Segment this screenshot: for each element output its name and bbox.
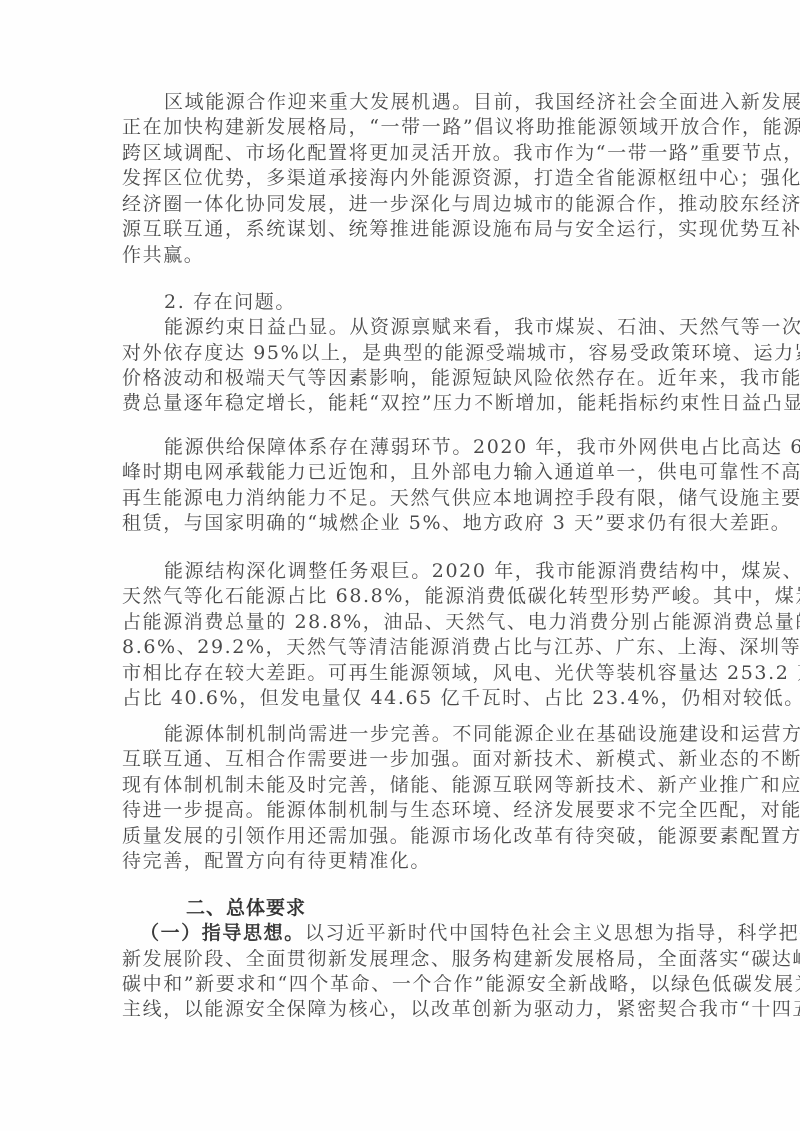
document-page: 区域能源合作迎来重大发展机遇。目前，我国经济社会全面进入新发展阶段， 正在加快构… [0,0,800,1131]
text-line: 对外依存度达 95%以上，是典型的能源受端城市，容易受政策环境、运力紧张、 [122,341,682,366]
text-line: 碳中和”新要求和“四个革命、一个合作”能源安全新战略，以绿色低碳发展为 [122,972,682,997]
text-line: 区域能源合作迎来重大发展机遇。目前，我国经济社会全面进入新发展阶段， [164,90,682,115]
text-line: 占比 40.6%，但发电量仅 44.65 亿千瓦时、占比 23.4%，仍相对较低… [122,686,682,711]
text-line: 待进一步提高。能源体制机制与生态环境、经济发展要求不完全匹配，对能源高 [122,798,682,823]
guiding-ideology-label: （一）指导思想。 [140,922,305,944]
text-line: 源互联互通，系统谋划、统筹推进能源设施布局与安全运行，实现优势互补、合 [122,217,682,242]
text-line: 市相比存在较大差距。可再生能源领域，风电、光伏等装机容量达 253.2 万千瓦、 [122,661,682,686]
text-line: 经济圈一体化协同发展，进一步深化与周边城市的能源合作，推动胶东经济圈能 [122,192,682,217]
text-line: 天然气等化石能源占比 68.8%，能源消费低碳化转型形势严峻。其中，煤炭消费 [122,584,682,609]
text-line: 峰时期电网承载能力已近饱和，且外部电力输入通道单一，供电可靠性不高，可 [122,460,682,485]
text-line: 费总量逐年稳定增长，能耗“双控”压力不断增加，能耗指标约束性日益凸显。 [122,391,682,416]
text-line: 占能源消费总量的 28.8%，油品、天然气、电力消费分别占能源消费总量的 31.… [122,610,682,635]
text-line: 租赁，与国家明确的“城燃企业 5%、地方政府 3 天”要求仍有很大差距。 [122,511,682,536]
section-heading-general-requirements: 二、总体要求 [186,896,306,921]
text-line: 作共赢。 [122,243,682,268]
text-line: 能源结构深化调整任务艰巨。2020 年，我市能源消费结构中，煤炭、油品、 [164,559,682,584]
text-line: 新发展阶段、全面贯彻新发展理念、服务构建新发展格局，全面落实“碳达峰、 [122,947,682,972]
text-line: 互联互通、互相合作需要进一步加强。面对新技术、新模式、新业态的不断涌现， [122,747,682,772]
text-line: 能源约束日益凸显。从资源禀赋来看，我市煤炭、石油、天然气等一次能源 [164,315,682,340]
text-line: 待完善，配置方向有待更精准化。 [122,849,682,874]
text-line: 跨区域调配、市场化配置将更加灵活开放。我市作为“一带一路”重要节点，可 [122,141,682,166]
text-line: 再生能源电力消纳能力不足。天然气供应本地调控手段有限，储气设施主要依靠 [122,486,682,511]
text-line: 正在加快构建新发展格局，“一带一路”倡议将助推能源领域开放合作，能源的 [122,115,682,140]
text-line: 能源体制机制尚需进一步完善。不同能源企业在基础设施建设和运营方面的 [164,722,682,747]
text-line: 价格波动和极端天气等因素影响，能源短缺风险依然存在。近年来，我市能源消 [122,366,682,391]
text-line: 发挥区位优势，多渠道承接海内外能源资源，打造全省能源枢纽中心；强化胶东 [122,166,682,191]
text-line: 质量发展的引领作用还需加强。能源市场化改革有待突破，能源要素配置方式有 [122,824,682,849]
text-line: 8.6%、29.2%，天然气等清洁能源消费占比与江苏、广东、上海、深圳等先进省、 [122,635,682,660]
text-line: 主线，以能源安全保障为核心，以改革创新为驱动力，紧密契合我市“十四五” [122,997,682,1022]
text-line: 现有体制机制未能及时完善，储能、能源互联网等新技术、新产业推广和应用有 [122,773,682,798]
text-line: （一）指导思想。以习近平新时代中国特色社会主义思想为指导，科学把握 [140,921,682,946]
subsection-title-existing-problems: 2. 存在问题。 [164,290,682,315]
text-line: 能源供给保障体系存在薄弱环节。2020 年，我市外网供电占比高达 60%，高 [164,435,682,460]
guiding-ideology-text: 以习近平新时代中国特色社会主义思想为指导，科学把握 [305,922,800,944]
